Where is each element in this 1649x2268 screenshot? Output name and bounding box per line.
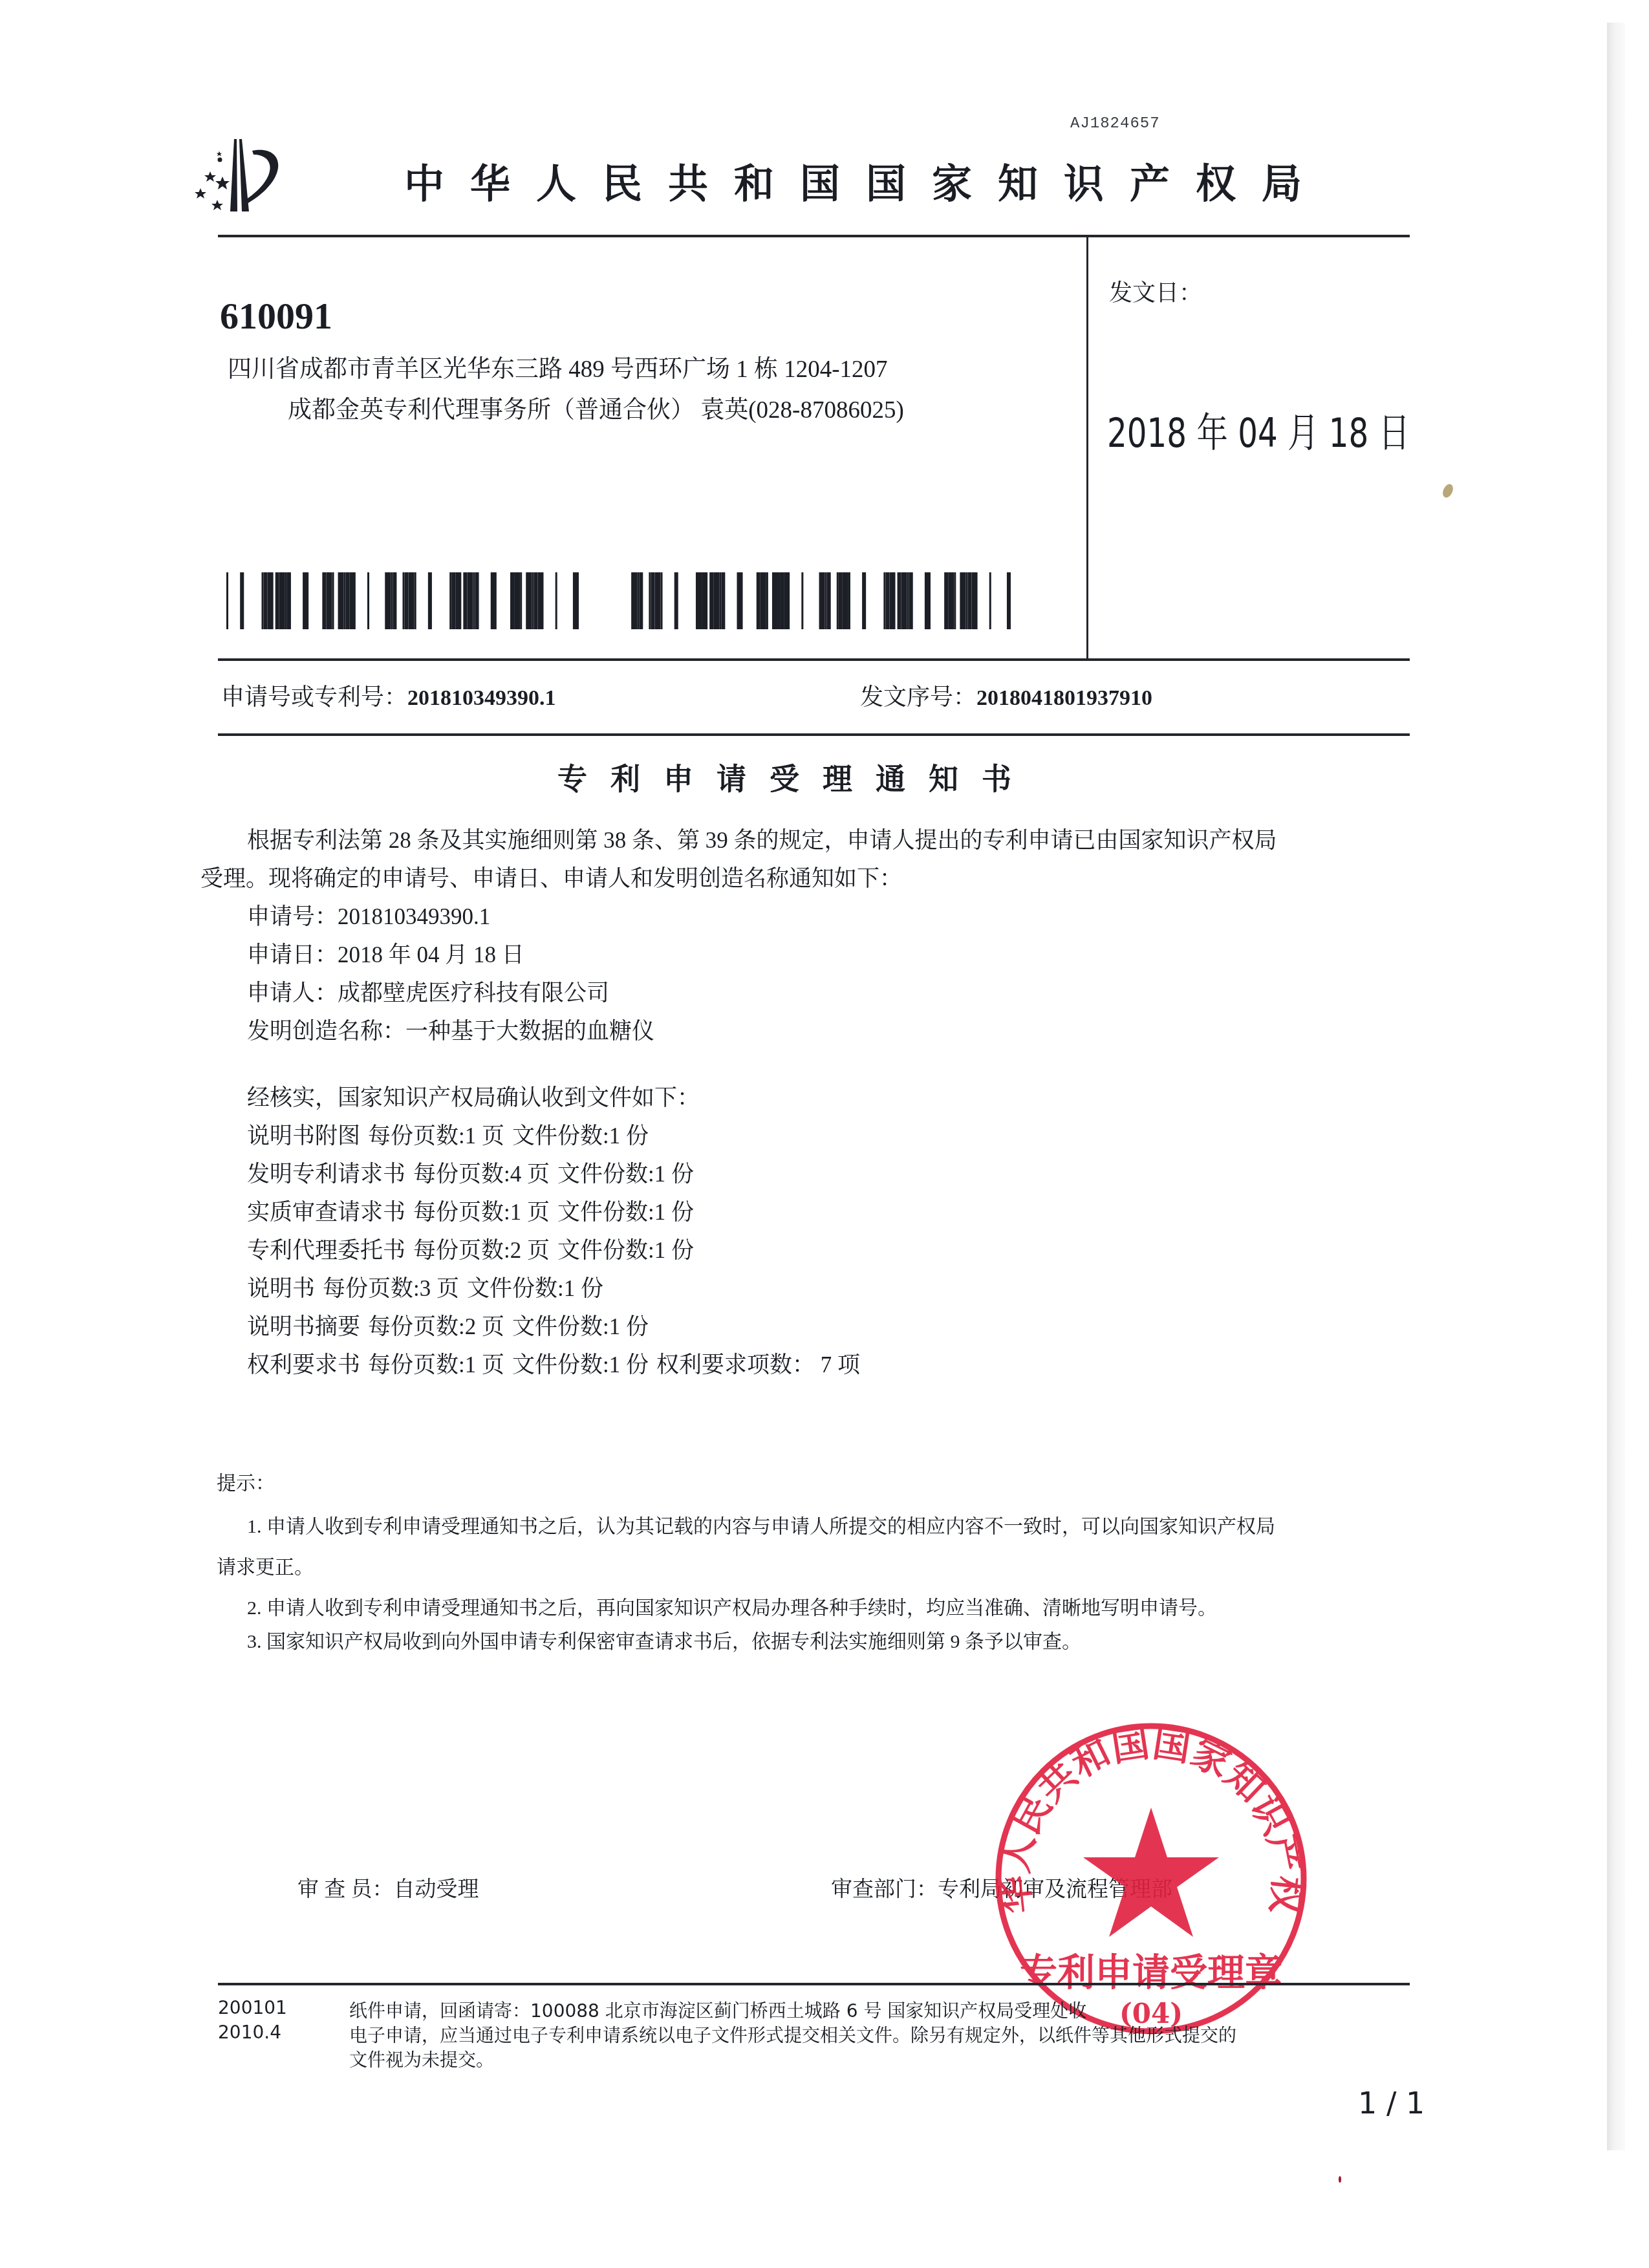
document-pages: 每份页数:3 页 (323, 1276, 459, 1301)
footer-paper-instructions: 纸件申请，回函请寄：100088 北京市海淀区蓟门桥西土城路 6 号 国家知识产… (349, 1997, 1086, 2023)
serial-number-value: 2018041801937910 (976, 686, 1152, 710)
footer-electronic-instructions-cont: 文件视为未提交。 (349, 2046, 494, 2072)
header-rule (218, 235, 1410, 237)
field-value: 201810349390.1 (338, 904, 490, 929)
received-document-row: 实质审查请求书每份页数:1 页文件份数:1 份 (247, 1194, 709, 1227)
official-seal-stamp: 中华人民共和国国家知识产权局 专利申请受理章 (04) (986, 1714, 1316, 2044)
received-document-row: 发明专利请求书每份页数:4 页文件份数:1 份 (247, 1156, 709, 1189)
cnipa-logo-icon (194, 133, 304, 217)
received-document-row: 权利要求书每份页数:1 页文件份数:1 份权利要求项数： 7 项 (247, 1347, 868, 1379)
application-field-row: 申请号：201810349390.1 (247, 899, 490, 931)
agency-line: 成都金英专利代理事务所（普通合伙） 袁英(028-87086025) (288, 390, 904, 425)
hint-item: 请求更正。 (217, 1551, 314, 1579)
barcode-icon (620, 572, 1011, 629)
field-value: 一种基于大数据的血糖仪 (405, 1019, 654, 1044)
field-value: 2018 年 04 月 18 日 (338, 942, 524, 967)
received-document-row: 说明书每份页数:3 页文件份数:1 份 (247, 1271, 619, 1303)
application-number-label: 申请号或专利号： (221, 684, 407, 710)
document-name: 说明书摘要 (247, 1314, 360, 1339)
field-label: 申请人： (247, 980, 338, 1006)
document-name: 说明书 (247, 1276, 315, 1301)
document-pages: 每份页数:1 页 (368, 1352, 504, 1377)
hint-item: 3. 国家知识产权局收到向外国申请专利保密审查请求书后，依据专利法实施细则第 9… (247, 1625, 1081, 1654)
received-document-row: 专利代理委托书每份页数:2 页文件份数:1 份 (247, 1233, 709, 1265)
footer-rule (218, 1983, 1410, 1985)
field-label: 发明创造名称： (247, 1019, 405, 1044)
examiner-value: 自动受理 (394, 1878, 479, 1901)
meta-rule (218, 733, 1410, 736)
document-pages: 每份页数:2 页 (413, 1238, 550, 1263)
application-field-row: 申请人：成都壁虎医疗科技有限公司 (247, 975, 609, 1008)
document-code: AJ1824657 (1070, 115, 1160, 133)
form-date: 2010.4 (218, 2022, 281, 2043)
department-label: 审查部门： (831, 1878, 938, 1901)
application-number-field: 申请号或专利号：201810349390.1 (221, 679, 556, 712)
application-field-row: 申请日：2018 年 04 月 18 日 (247, 937, 524, 969)
address-line: 四川省成都市青羊区光华东三路 489 号西环广场 1 栋 1204-1207 (228, 349, 888, 384)
document-copies: 文件份数:1 份 (512, 1352, 649, 1377)
document-name: 说明书附图 (247, 1123, 360, 1149)
issue-date-label: 发文日： (1109, 275, 1202, 308)
field-label: 申请号： (247, 904, 338, 929)
barcode-rule (218, 658, 1410, 661)
issue-date: 2018 年 04 月 18 日 (1107, 401, 1410, 459)
form-number: 200101 (218, 1997, 287, 2018)
document-copies: 文件份数:1 份 (467, 1276, 603, 1301)
document-copies: 文件份数:1 份 (557, 1161, 694, 1187)
serial-number-label: 发文序号： (860, 684, 976, 710)
document-copies: 文件份数:1 份 (557, 1200, 694, 1225)
agency-title: 中华人民共和国国家知识产权局 (404, 152, 1328, 210)
examiner-label: 审 查 员： (297, 1878, 394, 1901)
document-copies: 文件份数:1 份 (512, 1314, 649, 1339)
field-value: 成都壁虎医疗科技有限公司 (338, 980, 609, 1006)
postcode: 610091 (220, 294, 332, 338)
footer-electronic-instructions: 电子申请，应当通过电子专利申请系统以电子文件形式提交相关文件。除另有规定外，以纸… (349, 2022, 1236, 2047)
document-name: 权利要求书 (247, 1352, 360, 1377)
examiner-field: 审 查 员：自动受理 (297, 1872, 479, 1903)
scan-edge-strip (1607, 23, 1625, 2150)
intro-paragraph-line: 根据专利法第 28 条及其实施细则第 38 条、第 39 条的规定，申请人提出的… (247, 823, 1277, 855)
barcode-icon (226, 572, 579, 629)
document-pages: 每份页数:2 页 (368, 1314, 504, 1339)
field-label: 申请日： (247, 942, 338, 967)
document-pages: 每份页数:1 页 (368, 1123, 504, 1149)
document-name: 实质审查请求书 (247, 1200, 405, 1225)
application-field-row: 发明创造名称：一种基于大数据的血糖仪 (247, 1013, 654, 1046)
received-document-row: 说明书摘要每份页数:2 页文件份数:1 份 (247, 1309, 664, 1341)
intro-paragraph-line: 受理。现将确定的申请号、申请日、申请人和发明创造名称通知如下： (200, 861, 902, 893)
hint-item: 1. 申请人收到专利申请受理通知书之后，认为其记载的内容与申请人所提交的相应内容… (247, 1510, 1275, 1539)
stamp-center-text: 专利申请受理章 (1020, 1950, 1282, 1994)
hints-label: 提示： (217, 1467, 275, 1495)
serial-number-field: 发文序号：2018041801937910 (860, 679, 1152, 712)
document-pages: 每份页数:4 页 (413, 1161, 550, 1187)
document-copies: 文件份数:1 份 (557, 1238, 694, 1263)
document-copies: 文件份数:1 份 (512, 1123, 649, 1149)
document-name: 专利代理委托书 (247, 1238, 405, 1263)
page-number: 1 / 1 (1358, 2086, 1425, 2121)
application-number-value: 201810349390.1 (407, 686, 556, 710)
notice-title: 专利申请受理通知书 (557, 755, 1035, 798)
hint-item: 2. 申请人收到专利申请受理通知书之后，再向国家知识产权局办理各种手续时，均应当… (247, 1592, 1217, 1620)
document-name: 发明专利请求书 (247, 1161, 405, 1187)
scan-speck (1339, 2176, 1341, 2183)
date-column-divider (1086, 235, 1088, 660)
document-pages: 每份页数:1 页 (413, 1200, 550, 1225)
received-intro: 经核实，国家知识产权局确认收到文件如下： (247, 1080, 700, 1112)
received-document-row: 说明书附图每份页数:1 页文件份数:1 份 (247, 1118, 664, 1150)
document-extra: 权利要求项数： 7 项 (656, 1352, 860, 1377)
scan-speck (1441, 482, 1455, 499)
